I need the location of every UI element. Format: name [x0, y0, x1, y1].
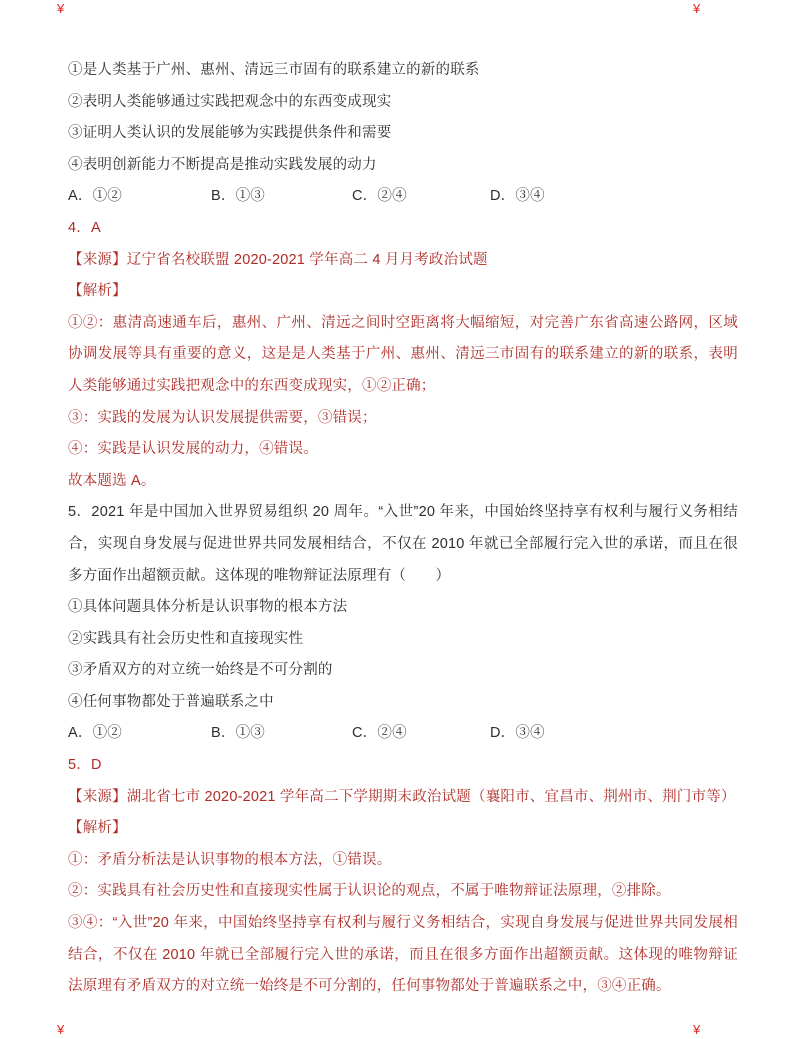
- q5-analysis-point-3-4: ③④：“入世”20 年来，中国始终坚持享有权利与履行义务相结合，实现自身发展与促…: [68, 908, 738, 1003]
- q5-option-c: C．②④: [352, 718, 490, 750]
- q4-statement-1: ①是人类基于广州、惠州、清远三市固有的联系建立的新的联系: [68, 55, 738, 87]
- q4-analysis-point-3: ③：实践的发展为认识发展提供需要，③错误；: [68, 403, 738, 435]
- q5-statement-2: ②实践具有社会历史性和直接现实性: [68, 624, 738, 656]
- q4-statement-4: ④表明创新能力不断提高是推动实践发展的动力: [68, 150, 738, 182]
- q5-statement-1: ①具体问题具体分析是认识事物的根本方法: [68, 592, 738, 624]
- q4-option-d: D．③④: [490, 181, 738, 213]
- watermark-corner-mark-top-left: ¥: [57, 1, 64, 17]
- q5-statement-3: ③矛盾双方的对立统一始终是不可分割的: [68, 655, 738, 687]
- watermark-corner-mark-top-right: ¥: [693, 1, 700, 17]
- watermark-corner-mark-bottom-left: ¥: [57, 1022, 64, 1038]
- q4-statement-3: ③证明人类认识的发展能够为实践提供条件和需要: [68, 118, 738, 150]
- q5-answer: 5．D: [68, 750, 738, 782]
- q4-option-a: A．①②: [68, 181, 211, 213]
- q5-analysis-label: 【解析】: [68, 813, 738, 845]
- q5-option-d: D．③④: [490, 718, 738, 750]
- q4-analysis-label: 【解析】: [68, 276, 738, 308]
- q5-analysis-point-1: ①：矛盾分析法是认识事物的根本方法，①错误。: [68, 845, 738, 877]
- q5-option-b: B．①③: [211, 718, 352, 750]
- q4-analysis-point-4: ④：实践是认识发展的动力，④错误。: [68, 434, 738, 466]
- q4-options-row: A．①② B．①③ C．②④ D．③④: [68, 181, 738, 213]
- q5-analysis-point-2: ②：实践具有社会历史性和直接现实性属于认识论的观点，不属于唯物辩证法原理，②排除…: [68, 876, 738, 908]
- exam-answer-document: ①是人类基于广州、惠州、清远三市固有的联系建立的新的联系 ②表明人类能够通过实践…: [68, 55, 738, 1003]
- document-page: ¥ ¥ ¥ ¥ ①是人类基于广州、惠州、清远三市固有的联系建立的新的联系 ②表明…: [0, 0, 789, 1039]
- q4-analysis-point-1-2: ①②：惠清高速通车后，惠州、广州、清远之间时空距离将大幅缩短，对完善广东省高速公…: [68, 308, 738, 403]
- q5-options-row: A．①② B．①③ C．②④ D．③④: [68, 718, 738, 750]
- question-5-block: 5．2021 年是中国加入世界贸易组织 20 周年。“入世”20 年来，中国始终…: [68, 497, 738, 1003]
- watermark-corner-mark-bottom-right: ¥: [693, 1022, 700, 1038]
- q4-statement-2: ②表明人类能够通过实践把观念中的东西变成现实: [68, 87, 738, 119]
- q5-question: 5．2021 年是中国加入世界贸易组织 20 周年。“入世”20 年来，中国始终…: [68, 497, 738, 592]
- q4-source: 【来源】辽宁省名校联盟 2020-2021 学年高二 4 月月考政治试题: [68, 245, 738, 277]
- q4-option-b: B．①③: [211, 181, 352, 213]
- q5-source: 【来源】湖北省七市 2020-2021 学年高二下学期期末政治试题（襄阳市、宜昌…: [68, 782, 738, 814]
- q4-answer: 4．A: [68, 213, 738, 245]
- q5-statement-4: ④任何事物都处于普遍联系之中: [68, 687, 738, 719]
- q5-option-a: A．①②: [68, 718, 211, 750]
- q4-analysis-conclusion: 故本题选 A。: [68, 466, 738, 498]
- q4-option-c: C．②④: [352, 181, 490, 213]
- question-4-block: ①是人类基于广州、惠州、清远三市固有的联系建立的新的联系 ②表明人类能够通过实践…: [68, 55, 738, 497]
